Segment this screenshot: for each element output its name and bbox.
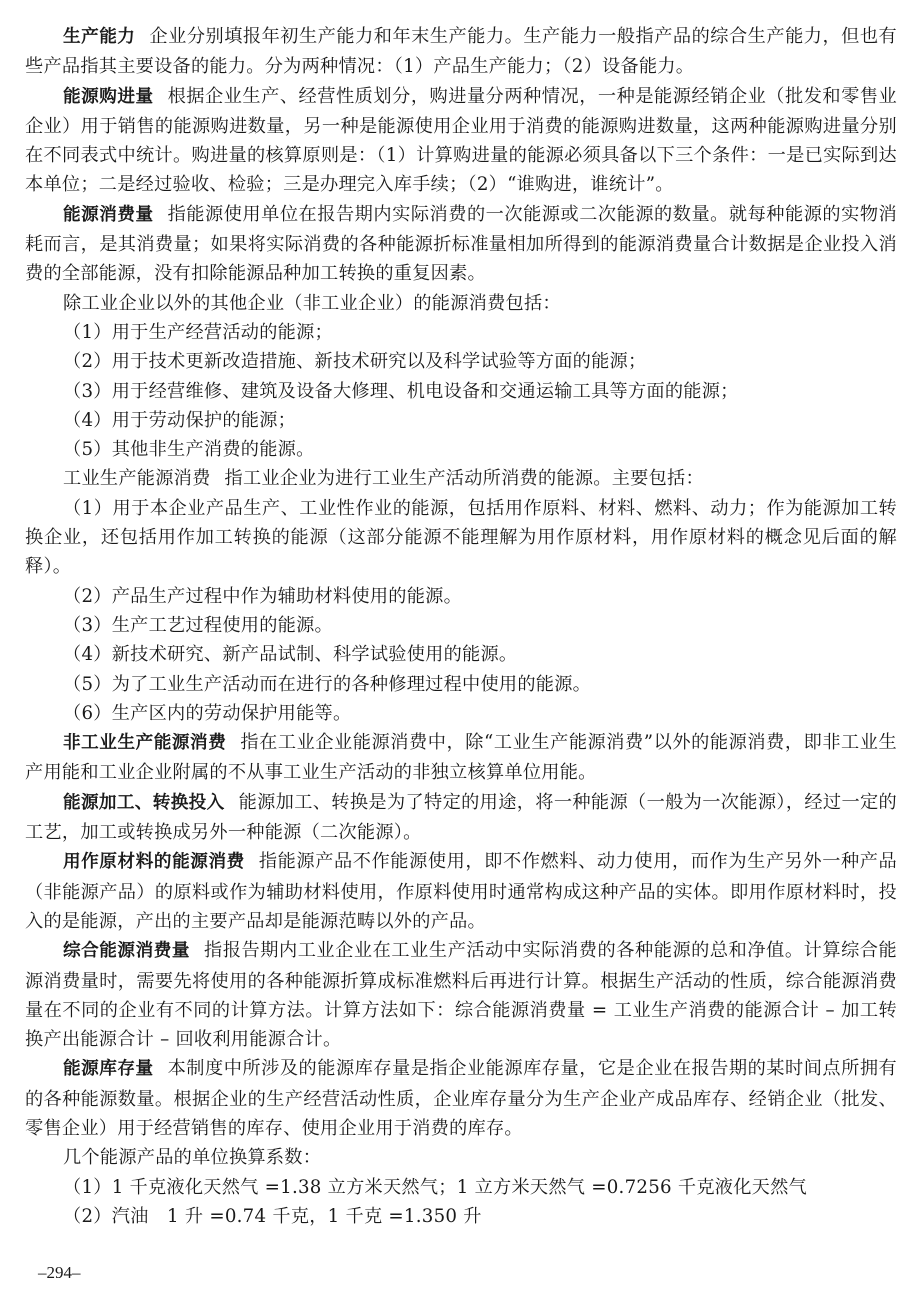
- list-item: （3）生产工艺过程使用的能源。: [25, 611, 897, 640]
- term-heading: 能源购进量: [63, 87, 154, 107]
- list-item: （1）1 千克液化天然气 =1.38 立方米天然气；1 立方米天然气 =0.72…: [25, 1173, 897, 1202]
- paragraph-text: 几个能源产品的单位换算系数：: [63, 1147, 321, 1168]
- list-item: （1）用于生产经营活动的能源；: [25, 318, 897, 347]
- list-item-text: （3）生产工艺过程使用的能源。: [63, 615, 333, 636]
- list-item: （6）生产区内的劳动保护用能等。: [25, 699, 897, 728]
- list-item-text: （5）其他非生产消费的能源。: [63, 439, 315, 460]
- list-item-text: （1）1 千克液化天然气 =1.38 立方米天然气；1 立方米天然气 =0.72…: [63, 1177, 807, 1198]
- paragraph-text: 指工业企业为进行工业生产活动所消费的能源。主要包括：: [225, 468, 704, 489]
- list-item: （2）用于技术更新改造措施、新技术研究以及科学试验等方面的能源；: [25, 347, 897, 376]
- paragraph-industrial-energy-consumption: 工业生产能源消费指工业企业为进行工业生产活动所消费的能源。主要包括：: [25, 464, 897, 493]
- list-item: （4）新技术研究、新产品试制、科学试验使用的能源。: [25, 640, 897, 669]
- list-item-text: （1）用于本企业产品生产、工业性作业的能源，包括用作原料、材料、燃料、动力；作为…: [25, 498, 897, 578]
- paragraph-raw-material-use: 用作原材料的能源消费指能源产品不作能源使用，即不作燃料、动力使用，而作为生产另外…: [25, 847, 897, 936]
- list-item: （4）用于劳动保护的能源；: [25, 406, 897, 435]
- term-heading: 用作原材料的能源消费: [63, 852, 245, 872]
- paragraph-text: 本制度中所涉及的能源库存量是指企业能源库存量，它是企业在报告期的某时间点所拥有的…: [25, 1058, 897, 1139]
- list-item: （2）产品生产过程中作为辅助材料使用的能源。: [25, 582, 897, 611]
- paragraph-conversion-intro: 几个能源产品的单位换算系数：: [25, 1143, 897, 1172]
- list-item: （3）用于经营维修、建筑及设备大修理、机电设备和交通运输工具等方面的能源；: [25, 377, 897, 406]
- list-item-text: （6）生产区内的劳动保护用能等。: [63, 703, 351, 724]
- list-item-text: （2）汽油 1 升 =0.74 千克，1 千克 =1.350 升: [63, 1206, 482, 1227]
- list-item-text: （1）用于生产经营活动的能源；: [63, 322, 333, 343]
- term-heading: 能源消费量: [63, 205, 154, 225]
- paragraph-processing-input: 能源加工、转换投入能源加工、转换是为了特定的用途，将一种能源（一般为一次能源），…: [25, 788, 897, 848]
- paragraph-comprehensive-consumption: 综合能源消费量指报告期内工业企业在工业生产活动中实际消费的各种能源的总和净值。计…: [25, 936, 897, 1054]
- list-item-text: （4）用于劳动保护的能源；: [63, 410, 296, 431]
- list-item: （1）用于本企业产品生产、工业性作业的能源，包括用作原料、材料、燃料、动力；作为…: [25, 494, 897, 582]
- term-heading: 能源库存量: [63, 1059, 154, 1079]
- paragraph-text: 指能源使用单位在报告期内实际消费的一次能源或二次能源的数量。就每种能源的实物消耗…: [25, 204, 897, 285]
- paragraph-production-capacity: 生产能力企业分别填报年初生产能力和年末生产能力。生产能力一般指产品的综合生产能力…: [25, 22, 897, 82]
- list-item: （2）汽油 1 升 =0.74 千克，1 千克 =1.350 升: [25, 1202, 897, 1231]
- list-item: （5）其他非生产消费的能源。: [25, 435, 897, 464]
- term-heading: 能源加工、转换投入: [63, 793, 225, 813]
- list-item-text: （5）为了工业生产活动而在进行的各种修理过程中使用的能源。: [63, 674, 591, 695]
- paragraph-non-industrial-intro: 除工业企业以外的其他企业（非工业企业）的能源消费包括：: [25, 289, 897, 318]
- list-item-text: （2）用于技术更新改造措施、新技术研究以及科学试验等方面的能源；: [63, 351, 646, 372]
- list-item-text: （3）用于经营维修、建筑及设备大修理、机电设备和交通运输工具等方面的能源；: [63, 381, 739, 402]
- list-item-text: （4）新技术研究、新产品试制、科学试验使用的能源。: [63, 644, 517, 665]
- document-page: 生产能力企业分别填报年初生产能力和年末生产能力。生产能力一般指产品的综合生产能力…: [25, 22, 897, 1231]
- paragraph-text: 企业分别填报年初生产能力和年末生产能力。生产能力一般指产品的综合生产能力，但也有…: [25, 26, 897, 77]
- term-heading: 综合能源消费量: [63, 941, 190, 961]
- list-item-text: （2）产品生产过程中作为辅助材料使用的能源。: [63, 586, 462, 607]
- paragraph-non-industrial-energy: 非工业生产能源消费指在工业企业能源消费中，除“工业生产能源消费”以外的能源消费，…: [25, 728, 897, 788]
- paragraph-energy-purchase: 能源购进量根据企业生产、经营性质划分，购进量分两种情况，一种是能源经销企业（批发…: [25, 82, 897, 200]
- term-heading: 非工业生产能源消费: [63, 733, 226, 753]
- list-item: （5）为了工业生产活动而在进行的各种修理过程中使用的能源。: [25, 670, 897, 699]
- paragraph-text: 根据企业生产、经营性质划分，购进量分两种情况，一种是能源经销企业（批发和零售业企…: [25, 86, 897, 196]
- term-heading: 生产能力: [63, 27, 135, 47]
- paragraph-energy-consumption: 能源消费量指能源使用单位在报告期内实际消费的一次能源或二次能源的数量。就每种能源…: [25, 200, 897, 289]
- page-number: –294–: [38, 1263, 81, 1283]
- term-heading-plain: 工业生产能源消费: [63, 468, 211, 489]
- paragraph-text: 除工业企业以外的其他企业（非工业企业）的能源消费包括：: [63, 293, 561, 314]
- paragraph-energy-inventory: 能源库存量本制度中所涉及的能源库存量是指企业能源库存量，它是企业在报告期的某时间…: [25, 1054, 897, 1143]
